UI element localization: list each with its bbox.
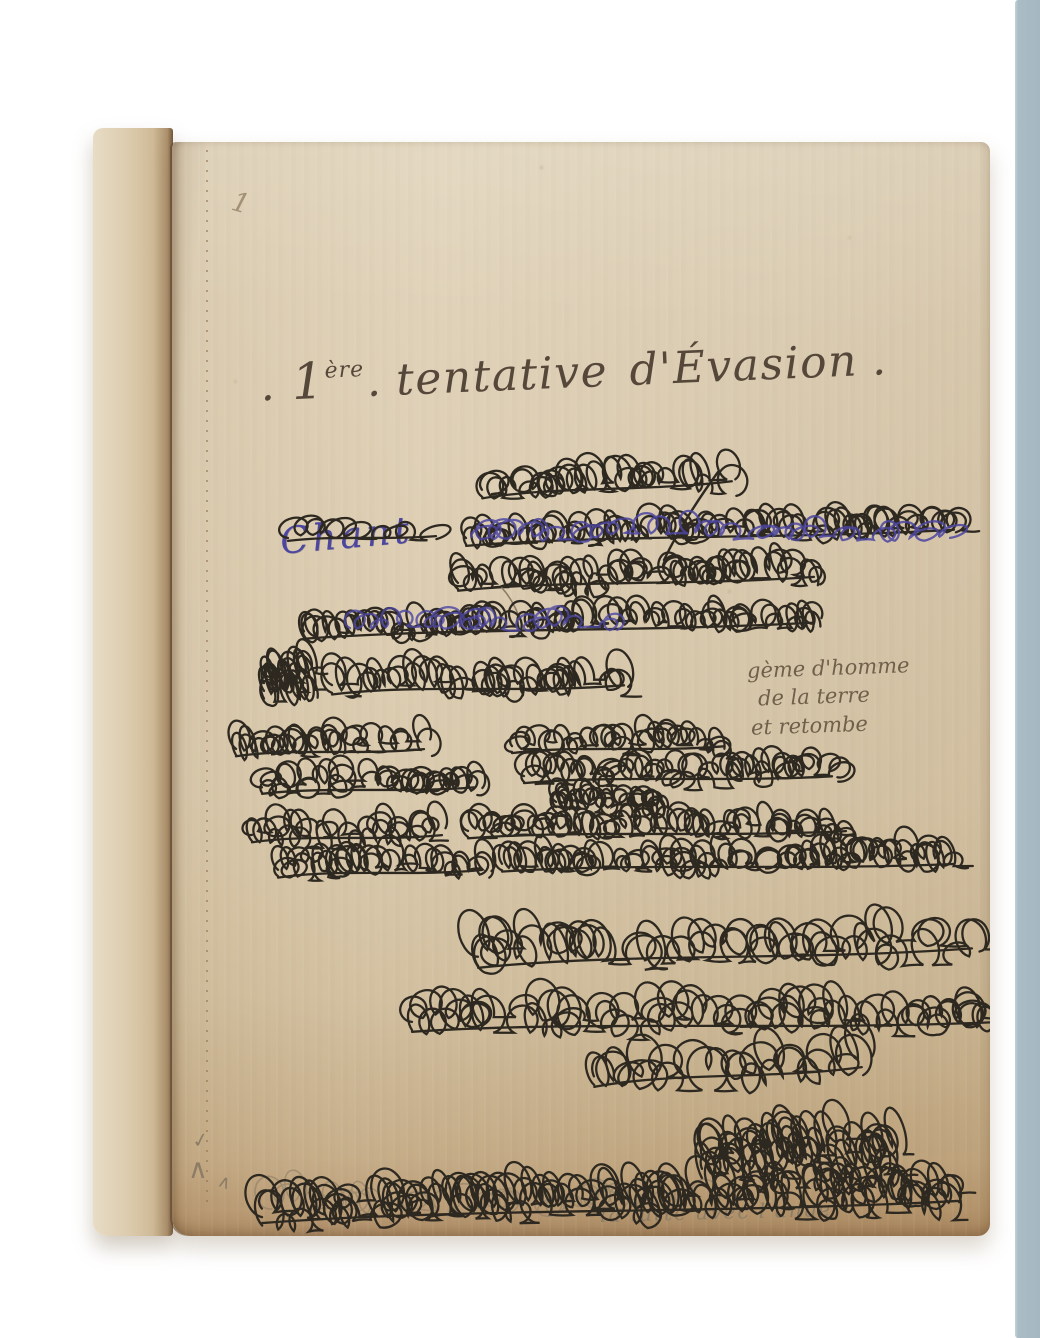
- page-edge-stripe: [1015, 0, 1040, 1338]
- previous-page-edge: [93, 128, 173, 1236]
- scribble-sous-marin: [252, 764, 484, 816]
- scribble-la-blob: [254, 654, 326, 720]
- scribble-ou-poete: [322, 656, 634, 722]
- scribble-under-chant: [278, 516, 446, 560]
- scribble-poete-jacob: [467, 916, 982, 999]
- scribble-de-l-ange: [583, 1035, 873, 1117]
- scribble-line-left: [268, 844, 492, 902]
- catalog-photo: 1 .1ère.tentative d'Évasion. Chant gème …: [0, 0, 1040, 1338]
- manuscript-page: 1 .1ère.tentative d'Évasion. Chant gème …: [172, 142, 990, 1236]
- scribble-dimensions: [492, 838, 964, 896]
- scribbled-text-layer: [172, 142, 990, 1236]
- scribble-coincidences-blue: [340, 606, 625, 650]
- scribble-bottom-line: [251, 1170, 968, 1236]
